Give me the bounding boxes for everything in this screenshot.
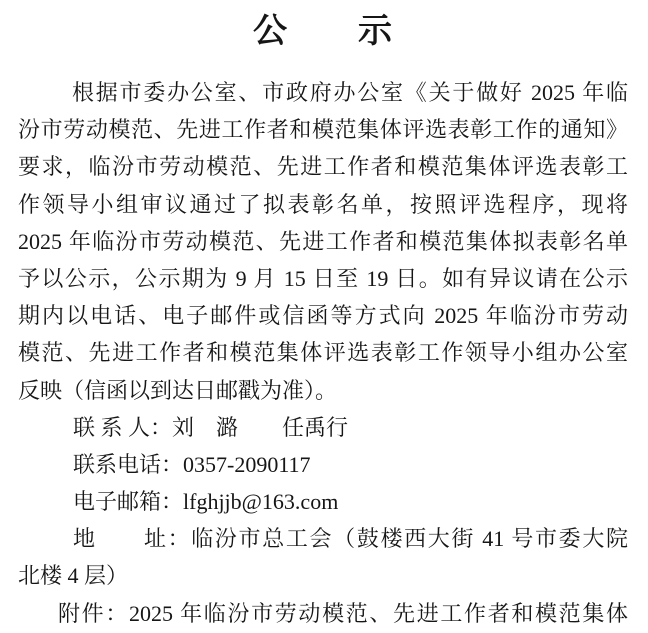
paragraph-line-6: 予以公示，公示期为 9 月 15 日至 19 日。如有异议请在公示 xyxy=(18,260,628,297)
contact-email-line: 电子邮箱：lfghjjb@163.com xyxy=(18,483,628,520)
paragraph-line-5: 2025 年临汾市劳动模范、先进工作者和模范集体拟表彰名单 xyxy=(18,223,628,260)
contact-address-line-2: 北楼 4 层） xyxy=(18,557,628,594)
paragraph-line-8: 模范、先进工作者和模范集体评选表彰工作领导小组办公室 xyxy=(18,334,628,371)
notice-title: 公 示 xyxy=(18,8,628,56)
contact-person-line: 联 系 人：刘 潞 任禹行 xyxy=(18,409,628,446)
paragraph-line-3: 要求，临汾市劳动模范、先进工作者和模范集体评选表彰工 xyxy=(18,148,628,185)
contact-address-line-1: 地 址：临汾市总工会（鼓楼西大街 41 号市委大院 xyxy=(18,520,628,557)
contact-phone-line: 联系电话：0357-2090117 xyxy=(18,446,628,483)
paragraph-line-1: 根据市委办公室、市政府办公室《关于做好 2025 年临 xyxy=(18,74,628,111)
paragraph-line-2: 汾市劳动模范、先进工作者和模范集体评选表彰工作的通知》 xyxy=(18,111,628,148)
attachment-line: 附件：2025 年临汾市劳动模范、先进工作者和模范集体 xyxy=(18,595,628,632)
paragraph-line-9: 反映（信函以到达日邮戳为准）。 xyxy=(18,372,628,409)
paragraph-line-4: 作领导小组审议通过了拟表彰名单，按照评选程序，现将 xyxy=(18,186,628,223)
notice-document: 公 示 根据市委办公室、市政府办公室《关于做好 2025 年临 汾市劳动模范、先… xyxy=(0,0,648,633)
notice-body: 根据市委办公室、市政府办公室《关于做好 2025 年临 汾市劳动模范、先进工作者… xyxy=(18,74,628,632)
paragraph-line-7: 期内以电话、电子邮件或信函等方式向 2025 年临汾市劳动 xyxy=(18,297,628,334)
